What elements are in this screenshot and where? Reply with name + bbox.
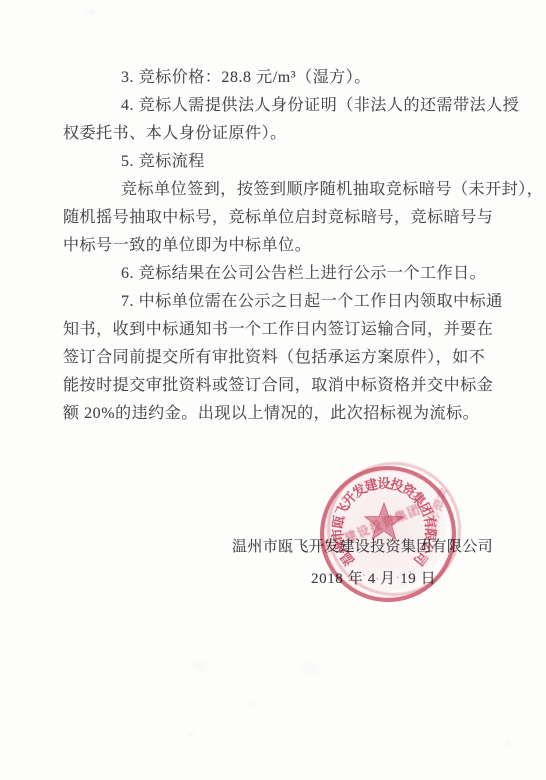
- document-line: 4. 竞标人需提供法人身份证明（非法人的还需带法人授: [63, 92, 503, 120]
- seal-arc-char: 投: [388, 477, 405, 494]
- star-shape: [365, 503, 403, 539]
- document-line: 能按时提交审批资料或签订合同，取消中标资格并交中标金: [63, 372, 503, 400]
- page: 3. 竞标价格：28.8 元/m³（湿方）。4. 竞标人需提供法人身份证明（非法…: [0, 0, 546, 780]
- seal-arc-char: 设: [377, 477, 391, 491]
- document-line: 签订合同前提交所有审批资料（包括承运方案原件），如不: [63, 344, 503, 372]
- signature-date: 2018 年 4 月 19 日: [311, 569, 436, 589]
- document-line: 7. 中标单位需在公示之日起一个工作日内领取中标通: [63, 288, 503, 316]
- document-line: 5. 竞标流程: [63, 148, 503, 176]
- document-line: 随机摇号抽取中标号，竞标单位启封竞标暗号，竞标暗号与: [63, 204, 503, 232]
- scan-noise: [290, 662, 330, 676]
- scan-noise: [182, 660, 216, 672]
- document-body: 3. 竞标价格：28.8 元/m³（湿方）。4. 竞标人需提供法人身份证明（非法…: [63, 64, 503, 428]
- document-line: 权委托书、本人身份证原件）。: [63, 120, 503, 148]
- scan-noise: [238, 698, 266, 708]
- signature-company: 温州市瓯飞开发建设投资集团有限公司: [232, 537, 493, 557]
- document-line: 竞标单位签到，按签到顺序随机抽取竞标暗号（未开封），: [63, 176, 503, 204]
- document-line: 3. 竞标价格：28.8 元/m³（湿方）。: [63, 64, 503, 92]
- scan-noise: [186, 730, 196, 738]
- scan-noise: [80, 8, 102, 15]
- scan-noise: [500, 738, 516, 748]
- seal-arc-char: 建: [363, 477, 380, 494]
- seal-arc-char: 瓯: [331, 514, 347, 530]
- seal-arc-char: 发: [350, 481, 369, 500]
- seal-arc-char: 团: [416, 500, 435, 519]
- seal-arc-char: 开: [340, 489, 360, 509]
- document-line: 知书，收到中标通知书一个工作日内签订运输合同，并要在: [63, 316, 503, 344]
- seal-arc-char: 集: [408, 489, 428, 509]
- seal-arc-char: 有: [421, 514, 437, 530]
- seal-arc-char: 飞: [333, 500, 352, 519]
- document-line: 6. 竞标结果在公司公告栏上进行公示一个工作日。: [63, 260, 503, 288]
- seal-arc-char: 资: [399, 481, 418, 500]
- document-line: 额 20%的违约金。出现以上情况的，此次招标视为流标。: [63, 400, 503, 428]
- document-line: 中标号一致的单位即为中标单位。: [63, 232, 503, 260]
